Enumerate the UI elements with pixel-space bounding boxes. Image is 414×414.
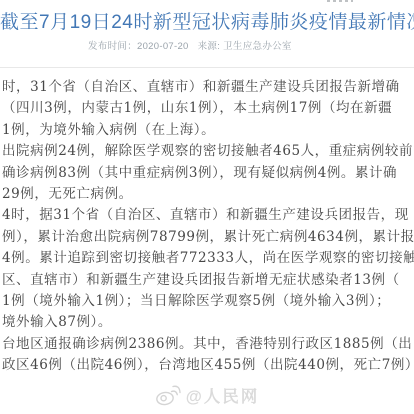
article-meta: 发布时间：2020-07-20来源: 卫生应急办公室 [88, 38, 292, 52]
article-page: 截至7月19日24时新型冠状病毒肺炎疫情最新情况 发布时间：2020-07-20… [0, 0, 414, 414]
article-body: 时，31个省（自治区、直辖市）和新疆生产建设兵团报告新增确 （四川3例，内蒙古1… [0, 77, 414, 377]
publish-time-value: 2020-07-20 [137, 41, 189, 52]
publish-time-label: 发布时间： [88, 41, 137, 52]
weibo-icon [155, 384, 181, 406]
article-line: 台地区通报确诊病例2386例。其中，香港特别行政区1885例（出 [0, 334, 414, 355]
article-line: 政区46例（出院46例），台湾地区455例（出院440例，死亡7例） [0, 355, 414, 376]
article-line: 时，31个省（自治区、直辖市）和新疆生产建设兵团报告新增确 [0, 77, 414, 98]
article-line: （四川3例，内蒙古1例，山东1例），本土病例17例（均在新疆 [0, 98, 414, 119]
article-line: 确诊病例83例（其中重症病例3例），现有疑似病例4例。累计确 [0, 163, 414, 184]
source-value: 卫生应急办公室 [223, 41, 292, 52]
header-divider [0, 67, 414, 68]
page-title: 截至7月19日24时新型冠状病毒肺炎疫情最新情况 [0, 0, 414, 34]
article-line: 区、直辖市）和新疆生产建设兵团报告新增无症状感染者13例（ [0, 270, 414, 291]
article-line: 1例（境外输入1例）；当日解除医学观察5例（境外输入3例）； [0, 291, 414, 312]
article-line: 出院病例24例，解除医学观察的密切接触者465人，重症病例较前 [0, 141, 414, 162]
article-line: 4时，据31个省（自治区、直辖市）和新疆生产建设兵团报告，现 [0, 205, 414, 226]
watermark-handle: @人民网 [186, 383, 260, 407]
article-line: 例），累计治愈出院病例78799例，累计死亡病例4634例，累计报 [0, 227, 414, 248]
article-line: 4例。累计追踪到密切接触者772333人，尚在医学观察的密切接触 [0, 248, 414, 269]
source-label: 来源: [198, 41, 221, 52]
article-line: 1例，为境外输入病例（在上海）。 [0, 120, 414, 141]
weibo-watermark: @人民网 [0, 383, 414, 407]
article-line: 境外输入87例）。 [0, 312, 414, 333]
cropped-text-artifact [327, 0, 353, 2]
article-line: 29例，无死亡病例。 [0, 184, 414, 205]
